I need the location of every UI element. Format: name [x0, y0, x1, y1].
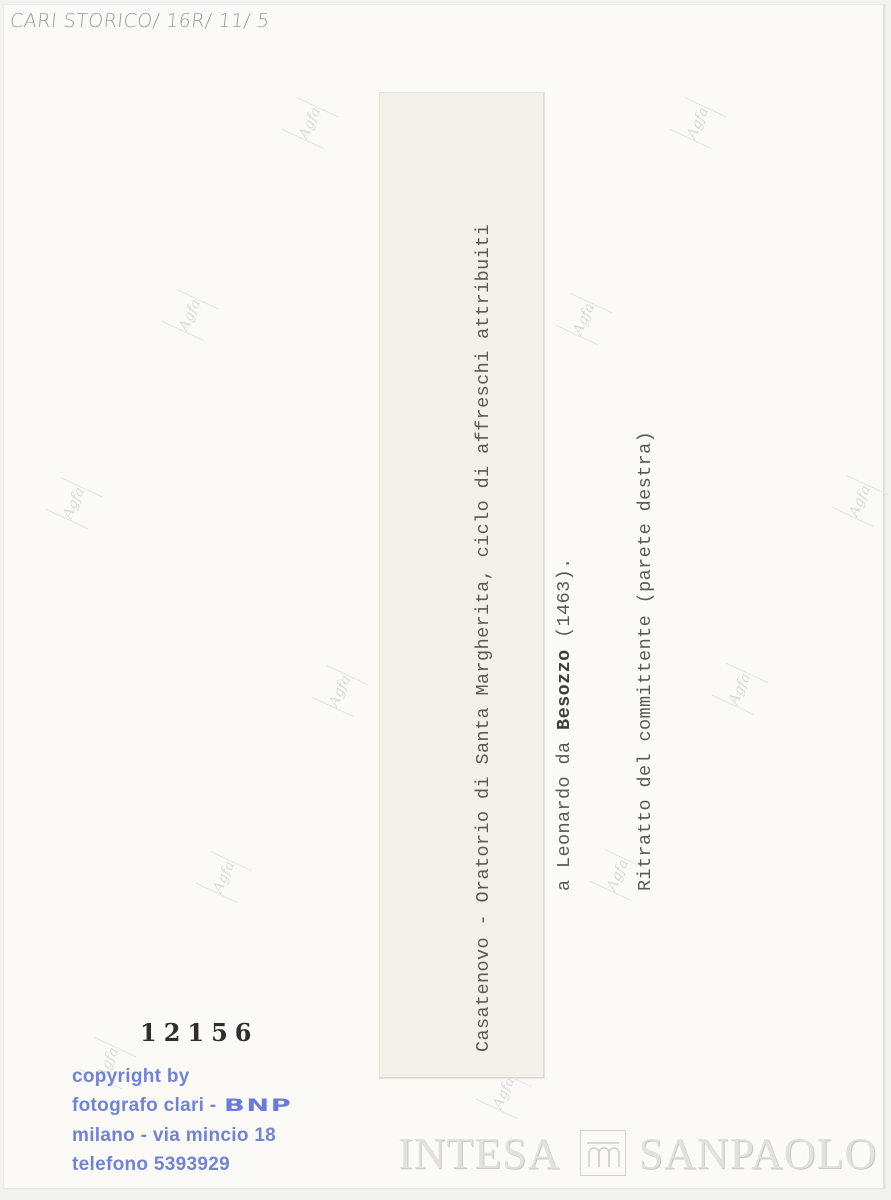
caption-text: Casatenovo - Oratorio di Santa Margherit…	[416, 224, 686, 1052]
negative-number: 12156	[140, 1018, 259, 1047]
logo-text-right: SANPAOLO	[638, 1128, 877, 1179]
stamp-copyright: copyright by	[72, 1062, 276, 1091]
caption-line-1: Casatenovo - Oratorio di Santa Margherit…	[470, 224, 497, 1052]
stamp-photographer: fotografo clari -BNP	[72, 1091, 276, 1121]
bnp-logo-icon: BNP	[224, 1092, 292, 1121]
caption-line-2-suffix: (1463).	[554, 557, 575, 649]
logo-text-left: INTESA	[398, 1128, 560, 1179]
arches-emblem-icon	[580, 1130, 626, 1176]
intesa-sanpaolo-logo: INTESA SANPAOLO	[398, 1128, 877, 1178]
stamp-photographer-name: fotografo clari -	[72, 1095, 216, 1116]
caption-line-2-prefix: a Leonardo da	[554, 730, 575, 1052]
stamp-address: milano - via mincio 18	[72, 1121, 276, 1150]
artist-name: Besozzo	[554, 649, 575, 730]
archive-reference: CARI STORICO/ 16R/ 11/ 5	[9, 10, 271, 32]
stamp-phone: telefono 5393929	[72, 1150, 276, 1179]
photographer-stamp: copyright by fotografo clari -BNP milano…	[72, 1062, 276, 1179]
caption-line-3: Ritratto del committente (parete destra)	[632, 224, 659, 1052]
caption-line-2: a Leonardo da Besozzo (1463).	[551, 224, 578, 1052]
